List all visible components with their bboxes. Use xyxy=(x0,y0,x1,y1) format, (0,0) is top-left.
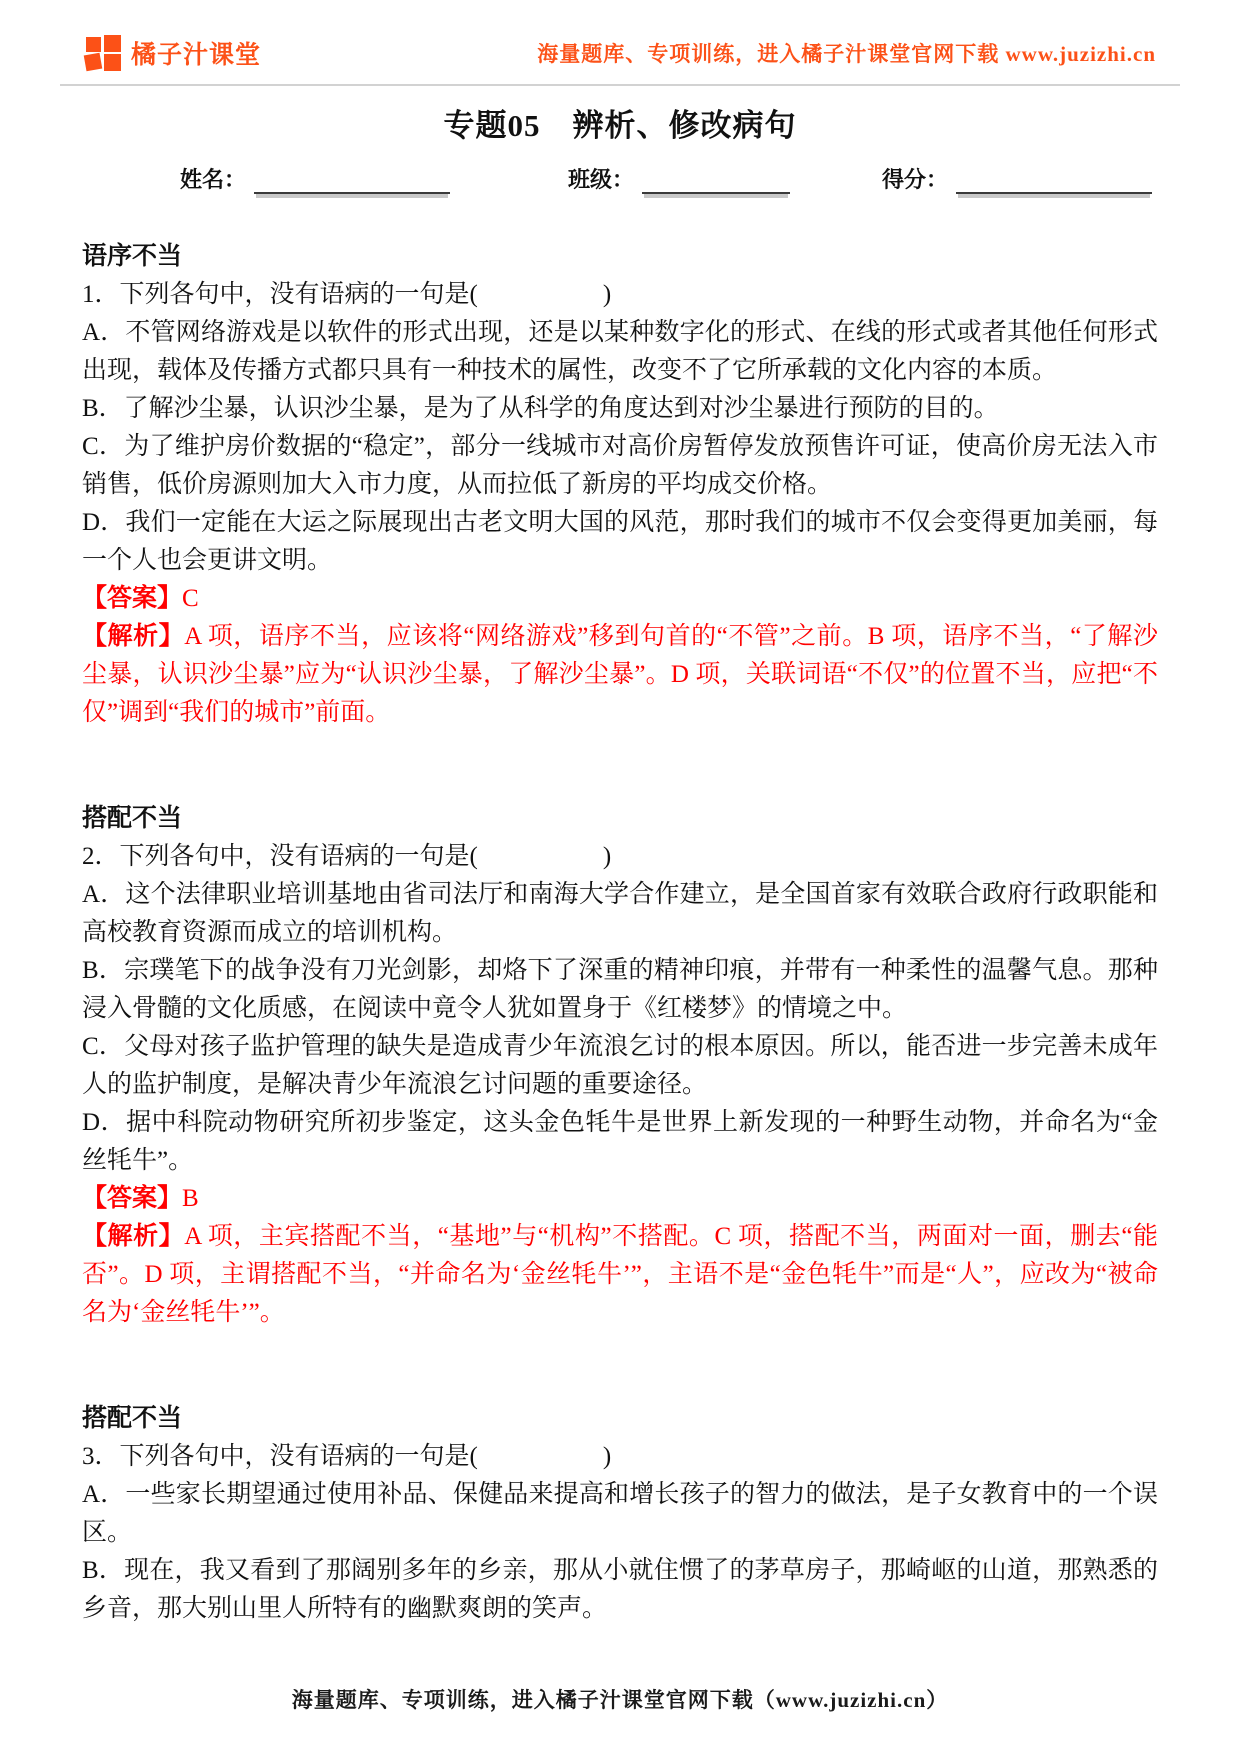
question-1: 1．下列各句中，没有语病的一句是( ) xyxy=(82,276,1158,314)
worksheet-body: 语序不当 1．下列各句中，没有语病的一句是( ) A．不管网络游戏是以软件的形式… xyxy=(0,238,1240,1628)
header-divider xyxy=(60,84,1180,86)
analysis-label: 【解析】 xyxy=(82,623,184,650)
name-field: 姓名： xyxy=(180,163,450,194)
analysis-text: A 项，语序不当，应该将“网络游戏”移到句首的“不管”之前。B 项，语序不当，“… xyxy=(82,623,1158,726)
info-fields-row: 姓名： 班级： 得分： xyxy=(0,163,1240,194)
question-1-option-b: B．了解沙尘暴，认识沙尘暴，是为了从科学的角度达到对沙尘暴进行预防的目的。 xyxy=(82,390,1158,428)
question-3: 3．下列各句中，没有语病的一句是( ) xyxy=(82,1438,1158,1476)
section-collocation-1: 搭配不当 2．下列各句中，没有语病的一句是( ) A．这个法律职业培训基地由省司… xyxy=(82,800,1158,1332)
question-1-option-a: A．不管网络游戏是以软件的形式出现，还是以某种数字化的形式、在线的形式或者其他任… xyxy=(82,314,1158,390)
section-heading: 搭配不当 xyxy=(82,800,1158,838)
question-3-option-b: B．现在，我又看到了那阔别多年的乡亲，那从小就住惯了的茅草房子，那崎岖的山道，那… xyxy=(82,1552,1158,1628)
question-2: 2．下列各句中，没有语病的一句是( ) xyxy=(82,838,1158,876)
question-3-option-a: A．一些家长期望通过使用补品、保健品来提高和增长孩子的智力的做法，是子女教育中的… xyxy=(82,1476,1158,1552)
score-label: 得分： xyxy=(882,163,948,194)
analysis-text: A 项，主宾搭配不当，“基地”与“机构”不搭配。C 项，搭配不当，两面对一面，删… xyxy=(82,1223,1158,1326)
question-2-option-d: D．据中科院动物研究所初步鉴定，这头金色牦牛是世界上新发现的一种野生动物，并命名… xyxy=(82,1104,1158,1180)
class-field: 班级： xyxy=(568,163,790,194)
question-2-answer: 【答案】B xyxy=(82,1180,1158,1218)
name-label: 姓名： xyxy=(180,163,246,194)
score-field: 得分： xyxy=(882,163,1152,194)
header-tagline: 海量题库、专项训练，进入橘子汁课堂官网下载 www.juzizhi.cn xyxy=(537,38,1156,68)
section-collocation-2: 搭配不当 3．下列各句中，没有语病的一句是( ) A．一些家长期望通过使用补品、… xyxy=(82,1400,1158,1628)
juzizhi-squares-icon xyxy=(84,34,122,72)
worksheet-page: 橘子汁课堂 海量题库、专项训练，进入橘子汁课堂官网下载 www.juzizhi.… xyxy=(0,0,1240,1754)
question-2-option-a: A．这个法律职业培训基地由省司法厅和南海大学合作建立，是全国首家有效联合政府行政… xyxy=(82,876,1158,952)
answer-value: C xyxy=(182,585,199,612)
question-1-option-c: C．为了维护房价数据的“稳定”，部分一线城市对高价房暂停发放预售许可证，使高价房… xyxy=(82,428,1158,504)
answer-value: B xyxy=(182,1185,199,1212)
page-title: 专题05 辨析、修改病句 xyxy=(0,100,1240,145)
question-1-option-d: D．我们一定能在大运之际展现出古老文明大国的风范，那时我们的城市不仅会变得更加美… xyxy=(82,504,1158,580)
answer-label: 【答案】 xyxy=(82,1185,182,1212)
question-1-answer: 【答案】C xyxy=(82,580,1158,618)
class-label: 班级： xyxy=(568,163,634,194)
question-1-analysis: 【解析】A 项，语序不当，应该将“网络游戏”移到句首的“不管”之前。B 项，语序… xyxy=(82,618,1158,732)
score-blank-line[interactable] xyxy=(956,170,1152,194)
section-word-order: 语序不当 1．下列各句中，没有语病的一句是( ) A．不管网络游戏是以软件的形式… xyxy=(82,238,1158,732)
page-header: 橘子汁课堂 海量题库、专项训练，进入橘子汁课堂官网下载 www.juzizhi.… xyxy=(0,0,1240,72)
brand-name: 橘子汁课堂 xyxy=(131,35,261,71)
page-footer: 海量题库、专项训练，进入橘子汁课堂官网下载（www.juzizhi.cn） xyxy=(0,1684,1240,1714)
question-2-analysis: 【解析】A 项，主宾搭配不当，“基地”与“机构”不搭配。C 项，搭配不当，两面对… xyxy=(82,1218,1158,1332)
analysis-label: 【解析】 xyxy=(82,1223,184,1250)
question-2-option-b: B．宗璞笔下的战争没有刀光剑影，却烙下了深重的精神印痕，并带有一种柔性的温馨气息… xyxy=(82,952,1158,1028)
section-heading: 搭配不当 xyxy=(82,1400,1158,1438)
class-blank-line[interactable] xyxy=(642,170,790,194)
question-2-option-c: C．父母对孩子监护管理的缺失是造成青少年流浪乞讨的根本原因。所以，能否进一步完善… xyxy=(82,1028,1158,1104)
brand-logo: 橘子汁课堂 xyxy=(84,34,261,72)
name-blank-line[interactable] xyxy=(254,170,450,194)
section-heading: 语序不当 xyxy=(82,238,1158,276)
answer-label: 【答案】 xyxy=(82,585,182,612)
